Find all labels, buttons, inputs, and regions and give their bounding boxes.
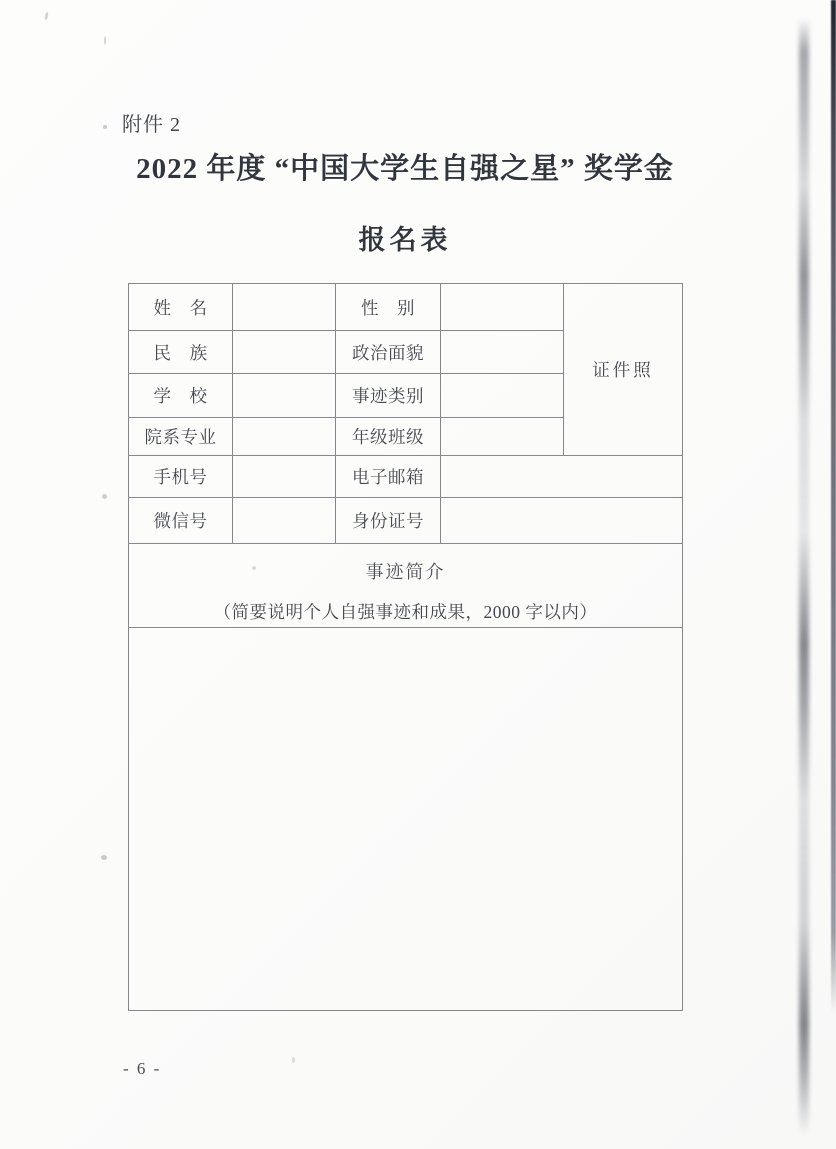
email-label: 电子邮箱 <box>336 456 441 498</box>
deed-summary-header-cell: 事迹简介 （简要说明个人自强事迹和成果，2000 字以内） <box>129 544 683 628</box>
mobile-label: 手机号 <box>129 456 233 498</box>
deed-summary-title: 事迹简介 <box>129 558 682 584</box>
name-label: 姓 名 <box>129 284 233 331</box>
form-subtitle: 报名表 <box>128 218 682 257</box>
table-row: 微信号 身份证号 <box>129 498 683 544</box>
id-photo-cell: 证件照 <box>564 284 683 456</box>
id-number-label: 身份证号 <box>336 498 441 544</box>
application-form-table: 姓 名 性 别 证件照 民 族 政治面貌 学 校 事迹类别 院系专业 <box>128 283 683 1011</box>
school-label: 学 校 <box>129 374 233 418</box>
political-status-value-cell <box>441 331 564 374</box>
department-major-label: 院系专业 <box>129 418 233 456</box>
scan-speck <box>252 566 256 570</box>
deed-category-label: 事迹类别 <box>336 374 441 418</box>
table-row <box>129 628 683 1011</box>
department-major-value-cell <box>233 418 336 456</box>
scan-speck <box>101 855 107 860</box>
ethnicity-value-cell <box>233 331 336 374</box>
deed-summary-hint: （简要说明个人自强事迹和成果，2000 字以内） <box>129 599 682 624</box>
table-row: 事迹简介 （简要说明个人自强事迹和成果，2000 字以内） <box>129 544 683 628</box>
table-row: 手机号 电子邮箱 <box>129 456 683 498</box>
ethnicity-label: 民 族 <box>129 331 233 374</box>
wechat-label: 微信号 <box>129 498 233 544</box>
scan-speck <box>104 36 106 45</box>
scan-edge-shadow <box>831 0 836 1014</box>
gender-value-cell <box>441 284 564 331</box>
attachment-label: 附件 2 <box>122 108 181 137</box>
grade-class-label: 年级班级 <box>336 418 441 456</box>
gender-label: 性 别 <box>336 284 441 331</box>
scan-crease-streak <box>799 18 809 1136</box>
id-number-value-cell <box>441 498 683 544</box>
table-row: 姓 名 性 别 证件照 <box>129 284 683 331</box>
scanned-page: 附件 2 2022 年度 “中国大学生自强之星” 奖学金 报名表 姓 名 性 别… <box>0 0 836 1149</box>
name-value-cell <box>233 284 336 331</box>
scan-speck <box>102 494 107 499</box>
political-status-label: 政治面貌 <box>336 331 441 374</box>
form-title: 2022 年度 “中国大学生自强之星” 奖学金 <box>128 146 682 187</box>
title-block: 2022 年度 “中国大学生自强之星” 奖学金 报名表 <box>128 146 682 257</box>
scan-speck <box>103 125 107 129</box>
scan-speck <box>44 12 49 20</box>
deed-summary-content-cell <box>129 628 683 1011</box>
email-value-cell <box>441 456 683 498</box>
wechat-value-cell <box>233 498 336 544</box>
grade-class-value-cell <box>441 418 564 456</box>
page-number: - 6 - <box>123 1059 161 1079</box>
deed-category-value-cell <box>441 374 564 418</box>
mobile-value-cell <box>233 456 336 498</box>
school-value-cell <box>233 374 336 418</box>
scan-speck <box>292 1057 295 1063</box>
